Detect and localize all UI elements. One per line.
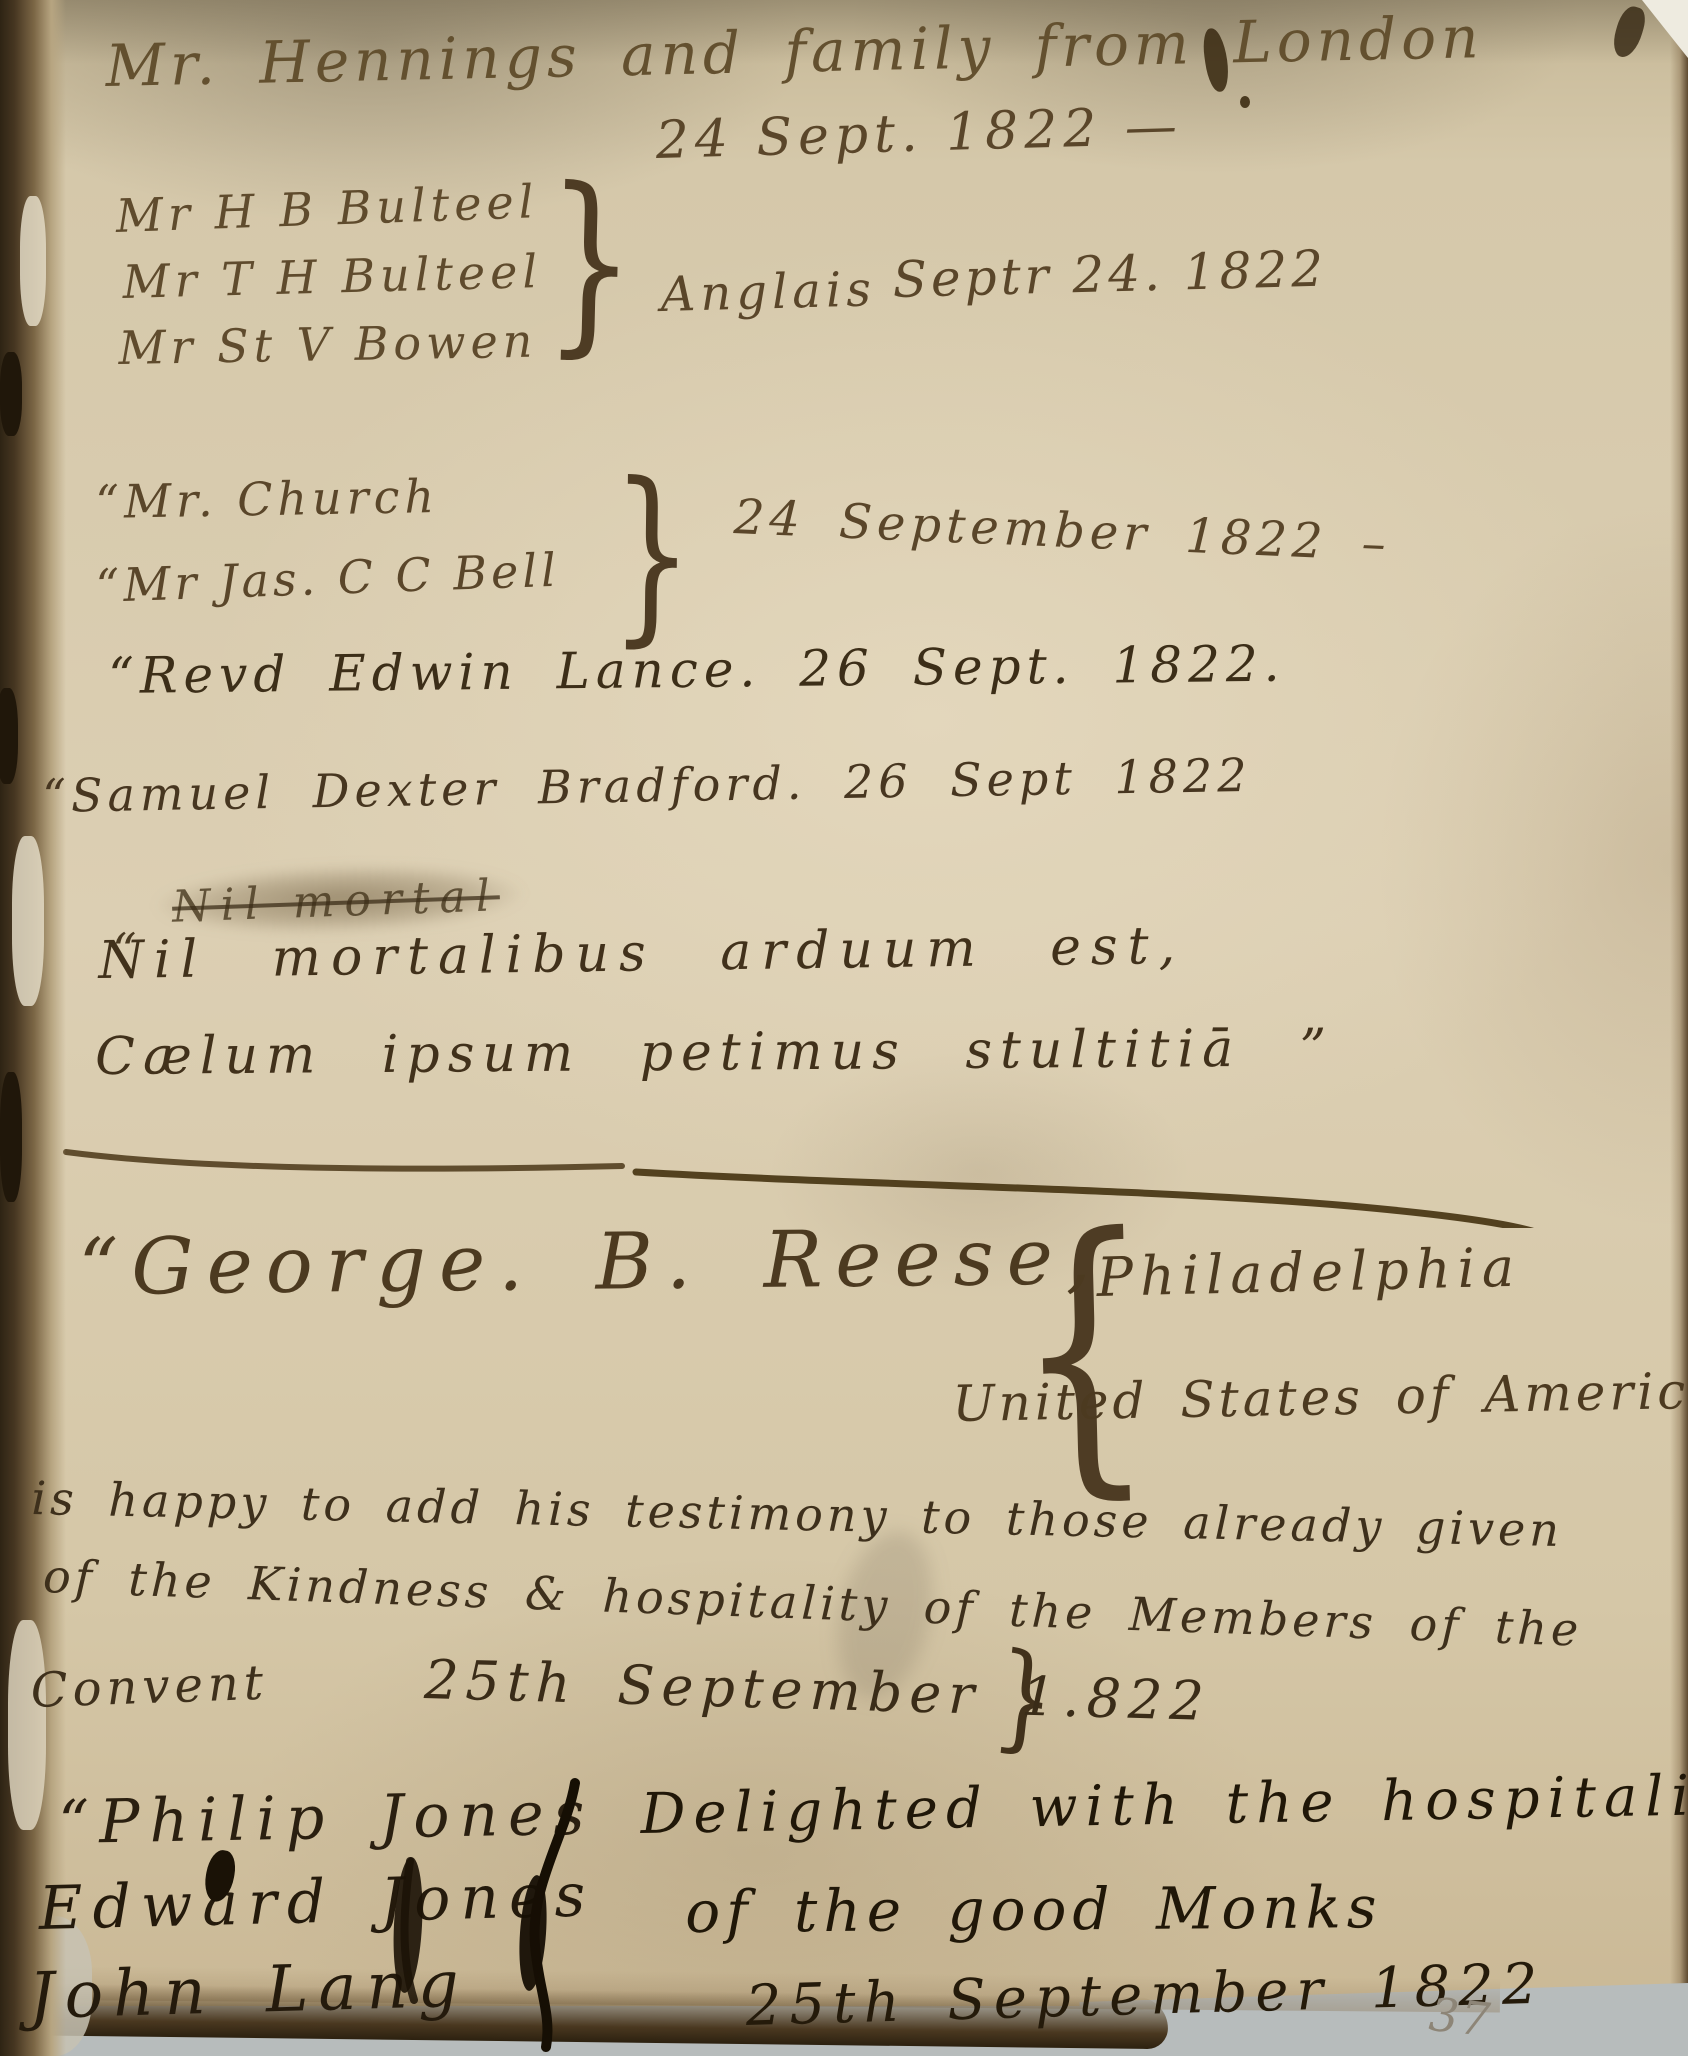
entry-jones-remark-line1: Delighted with the hospitality [640, 1766, 1688, 1844]
entry-name-reese: “George. B. Reese, [78, 1217, 1104, 1310]
entry-name-church: “Mr. Church [95, 472, 439, 526]
manuscript-page: Mr. Hennings and family from London 24 S… [0, 0, 1688, 2056]
entry-jones-remark-line2: of the good Monks [685, 1877, 1383, 1943]
latin-quote-line2: Cælum ipsum petimus stultitiā ” [95, 1021, 1334, 1084]
latin-quote-line1: Nil mortalibus arduum est, [98, 919, 1185, 989]
entry-bulteel-nationality: Anglais [660, 264, 877, 320]
entry-bradford: “Samuel Dexter Bradford. 26 Sept 1822 [42, 751, 1252, 820]
entry-reese-testimony-line1: is happy to add his testimony to those a… [31, 1474, 1563, 1554]
torn-paper-edge [12, 836, 44, 1006]
binding-stitch [0, 1072, 22, 1202]
entry-name-stv-bowen: Mr St V Bowen [118, 317, 538, 373]
binding-stitch [0, 688, 18, 784]
hand-drawn-divider [60, 1128, 1550, 1228]
brace-right-icon: } [610, 458, 694, 650]
entry-bulteel-date: Septr 24. 1822 [892, 243, 1328, 307]
struck-out-text-content: Nil mortal [171, 870, 500, 932]
struck-out-text: Nil mortal [171, 870, 500, 932]
ink-speck [1240, 96, 1250, 108]
entry-reese-country: United States of America [952, 1365, 1688, 1431]
torn-paper-edge [20, 196, 46, 326]
entry-reese-testimony-line2: of the Kindness & hospitality of the Mem… [42, 1552, 1583, 1654]
folded-corner [1642, 0, 1688, 58]
entry-reese-date: 25th September 1.822 [423, 1652, 1211, 1731]
torn-paper-edge [8, 1620, 46, 1830]
entry-name-bell: “Mr Jas. C C Bell [95, 546, 560, 610]
entry-name-hb-bulteel: Mr H B Bulteel [115, 177, 539, 240]
brace-right-icon: } [543, 162, 638, 362]
heavy-ink-brace-stroke [370, 1775, 610, 2056]
entry-reese-city: Philadelphia [1096, 1240, 1522, 1307]
entry-lance: “Revd Edwin Lance. 26 Sept. 1822. [108, 638, 1286, 703]
binding-stitch [0, 352, 22, 436]
entry-name-th-bulteel: Mr T H Bulteel [122, 247, 543, 306]
entry-hennings-date: 24 Sept. 1822 — [655, 99, 1184, 168]
entry-church-date: 24 September 1822 – [733, 492, 1392, 570]
page-right-edge [1670, 0, 1688, 2056]
page-number: 37 [1427, 1990, 1494, 2045]
entry-reese-testimony-line3: Convent [30, 1658, 269, 1717]
